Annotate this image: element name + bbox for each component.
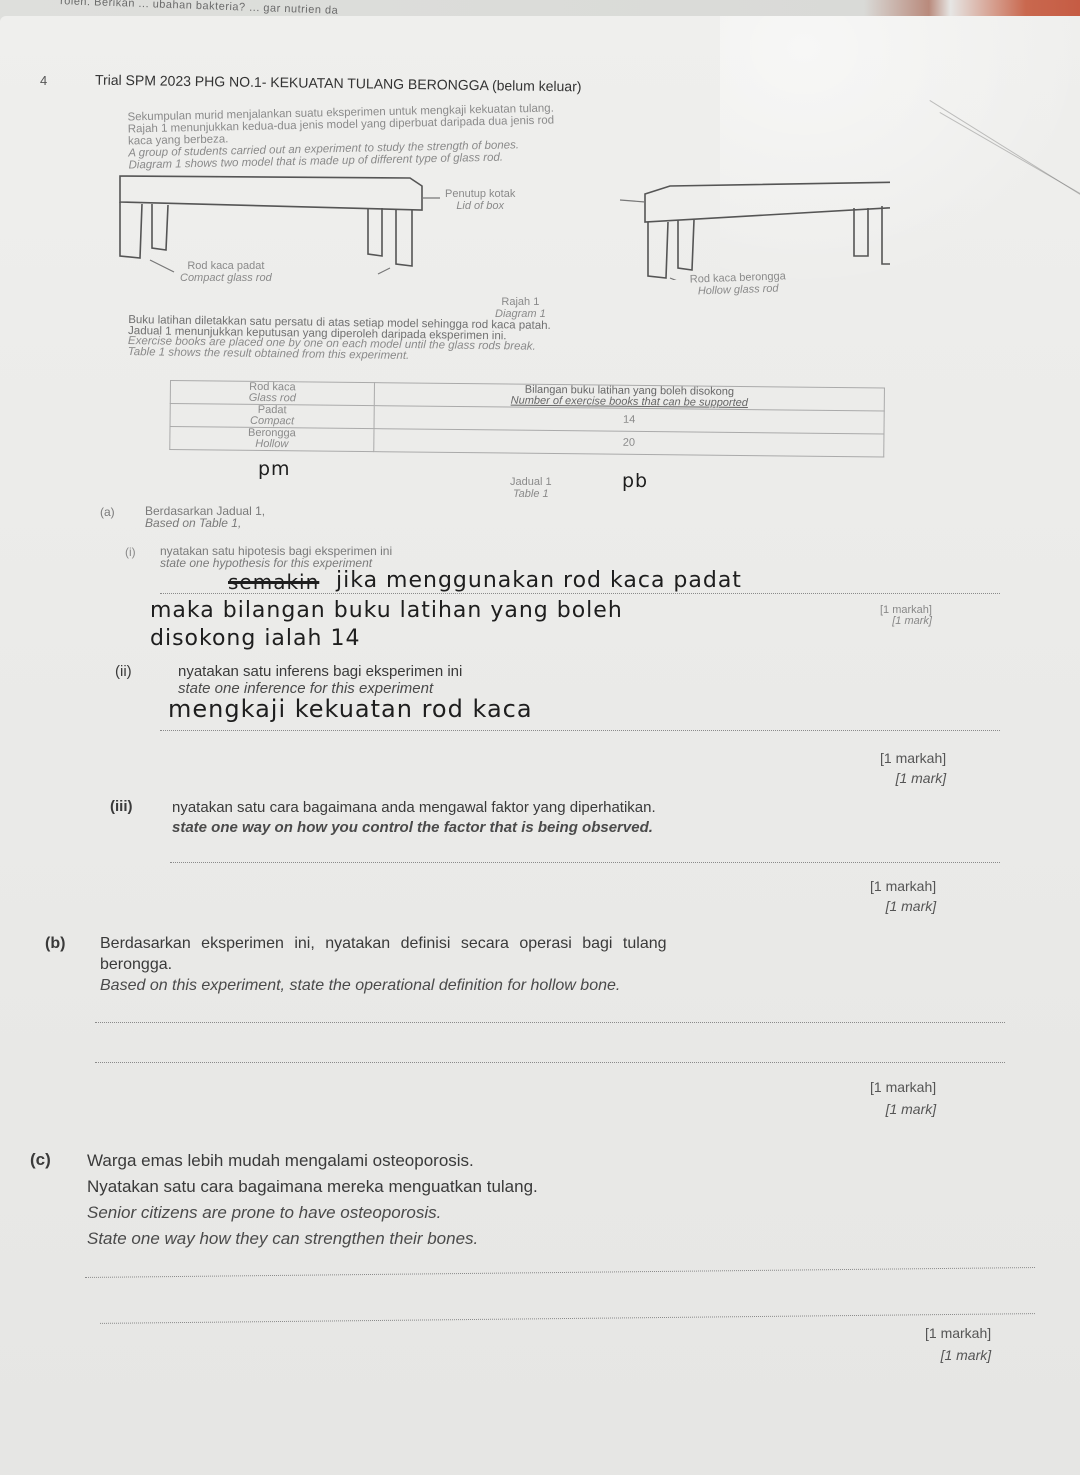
mark-ms: [1 markah] [925,1322,991,1344]
part-c-prompt-en: State one way how they can strengthen th… [87,1226,538,1252]
q-a-ii-prompt-ms: nyatakan satu inferens bagi eksperimen i… [178,663,462,680]
answer-line [160,730,1000,731]
part-b-label: (b) [45,935,65,953]
procedure-text: Buku latihan diletakkan satu persatu di … [128,315,551,363]
mark-a-iii: [1 markah] [1 mark] [870,876,936,916]
q-a-iii-prompt-ms: nyatakan satu cara bagaimana anda mengaw… [172,798,656,818]
mark-b: [1 markah] [1 mark] [870,1076,936,1120]
mark-en: [1 mark] [925,1344,991,1366]
answer-line [170,862,1000,863]
lid-label-en: Lid of box [445,200,515,212]
part-b-prompt-ms: berongga. [100,954,667,975]
part-c-prompt-ms: Warga emas lebih mudah mengalami osteopo… [87,1148,538,1174]
part-c-prompt: Warga emas lebih mudah mengalami osteopo… [87,1148,538,1252]
results-table: Rod kaca Glass rod Bilangan buku latihan… [169,380,885,457]
part-c-label: (c) [30,1150,51,1170]
q-a-i-prompt: nyatakan satu hipotesis bagi eksperimen … [160,545,392,569]
mark-a-i: [1 markah] [1 mark] [880,605,932,627]
q-a-iii-number: (iii) [110,798,133,815]
table-header-cell: Rod kaca Glass rod [170,381,374,406]
part-c-prompt-en: Senior citizens are prone to have osteop… [87,1200,538,1226]
diagram-caption: Rajah 1 Diagram 1 [495,296,546,320]
answer-line [95,1022,1005,1023]
part-a-intro: Berdasarkan Jadual 1, Based on Table 1, [145,505,265,529]
mark-en: [1 mark] [870,1098,936,1120]
handwritten-annotation-pm: pm [258,458,291,480]
lid-label: Penutup kotak Lid of box [445,188,515,212]
hollow-rod-label: Rod kaca berongga Hollow glass rod [690,270,787,297]
mark-en: [1 mark] [880,616,932,627]
mark-ms: [1 markah] [880,748,946,768]
mark-c: [1 markah] [1 mark] [925,1322,991,1366]
table-cell: Berongga Hollow [170,427,374,452]
answer-a-i-line-3[interactable]: disokong ialah 14 [150,626,360,651]
q-a-ii-prompt: nyatakan satu inferens bagi eksperimen i… [178,663,462,697]
part-b-prompt-en: Based on this experiment, state the oper… [100,975,667,996]
lid-label-ms: Penutup kotak [445,188,515,200]
struck-out-word: semakin [228,570,319,594]
q-a-ii-number: (ii) [115,663,132,680]
table-cell: 20 [374,429,884,457]
mark-en: [1 mark] [880,768,946,788]
answer-a-ii[interactable]: mengkaji kekuatan rod kaca [168,695,533,723]
diagram-caption-en: Diagram 1 [495,308,546,320]
part-a-label: (a) [100,505,115,519]
compact-rod-label-ms: Rod kaca padat [180,260,272,272]
answer-line [95,1062,1005,1063]
table-cell: Padat Compact [170,404,374,429]
handwritten-annotation-pb: pb [622,470,648,492]
mark-a-ii: [1 markah] [1 mark] [880,748,946,788]
compact-rod-label-en: Compact glass rod [180,272,272,284]
part-c-prompt-ms: Nyatakan satu cara bagaimana mereka meng… [87,1174,538,1200]
part-a-intro-en: Based on Table 1, [145,517,265,529]
table-caption-ms: Jadual 1 [510,476,552,488]
mark-en: [1 mark] [870,896,936,916]
part-b-prompt-ms: Berdasarkan eksperimen ini, nyatakan def… [100,933,667,954]
q-a-i-number: (i) [125,545,136,559]
compact-rod-label: Rod kaca padat Compact glass rod [180,260,272,284]
page-number: 4 [40,73,47,88]
compact-model-lid [120,176,422,210]
q-a-iii-prompt: nyatakan satu cara bagaimana anda mengaw… [172,798,656,838]
diagram-caption-ms: Rajah 1 [495,296,546,308]
answer-a-i-line-1[interactable]: jika menggunakan rod kaca padat [336,568,742,593]
part-b-prompt: Berdasarkan eksperimen ini, nyatakan def… [100,933,667,996]
row-label-en: Hollow [174,438,369,451]
background-paper-snippet: roleh. Berikan ... ubahan bakteria? ... … [60,0,339,17]
q-a-iii-prompt-en: state one way on how you control the fac… [172,818,656,838]
table-caption-en: Table 1 [510,488,552,500]
answer-a-i-line-2[interactable]: maka bilangan buku latihan yang boleh [150,598,623,623]
table-caption: Jadual 1 Table 1 [510,476,552,500]
mark-ms: [1 markah] [870,1076,936,1098]
mark-ms: [1 markah] [870,876,936,896]
